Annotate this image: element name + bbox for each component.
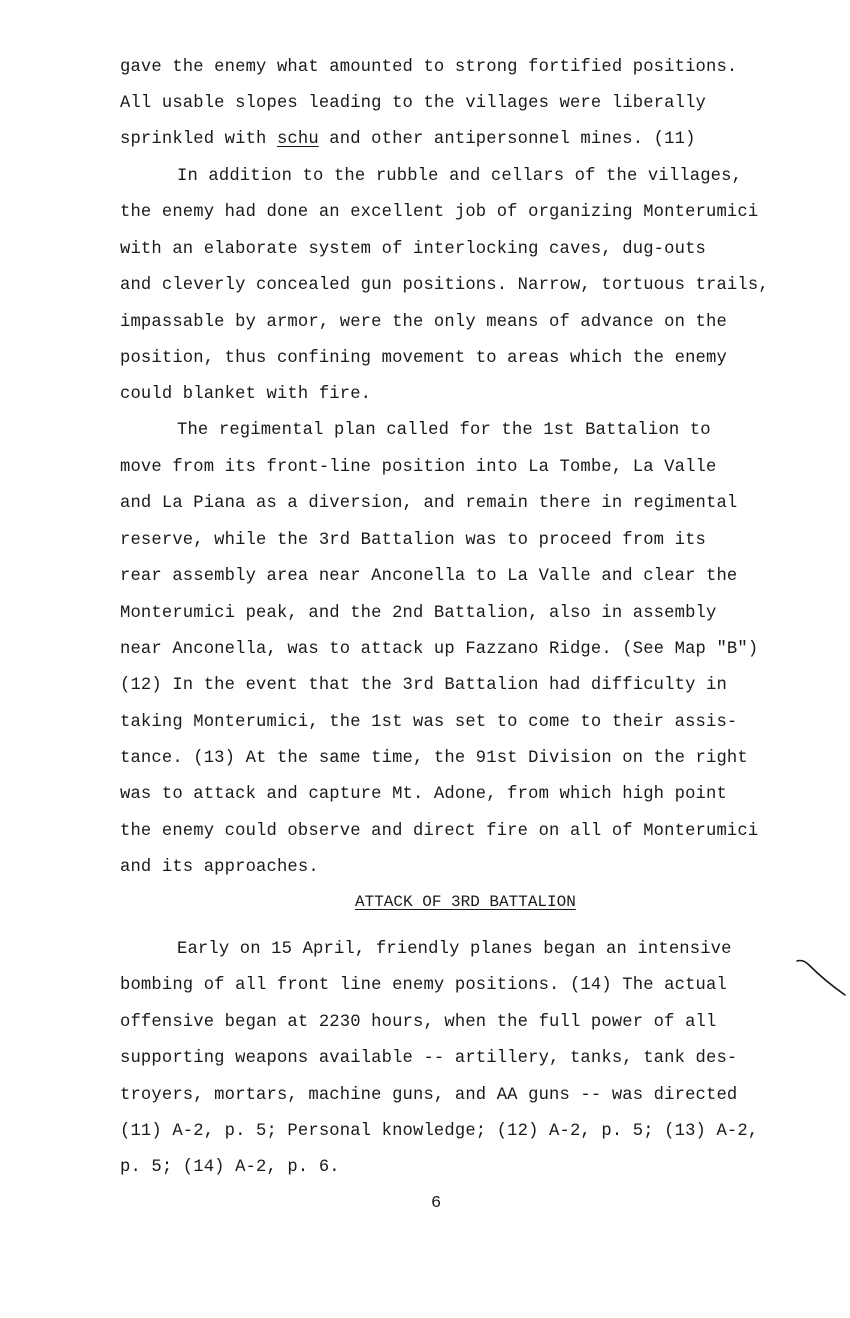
body-text-line: could blanket with fire. [120,385,371,405]
body-text-line: impassable by armor, were the only means… [120,313,727,333]
body-text-line: In addition to the rubble and cellars of… [177,167,742,187]
body-text-line: The regimental plan called for the 1st B… [177,421,711,441]
body-text-line: All usable slopes leading to the village… [120,94,706,114]
body-text-line: troyers, mortars, machine guns, and AA g… [120,1086,737,1106]
body-text-line: reserve, while the 3rd Battalion was to … [120,531,706,551]
underlined-term: schu [277,130,319,149]
body-text-line: the enemy had done an excellent job of o… [120,203,758,223]
body-text-line: move from its front-line position into L… [120,458,716,478]
section-heading: ATTACK OF 3RD BATTALION [355,892,576,912]
footnote-line: p. 5; (14) A-2, p. 6. [120,1158,340,1178]
text-run: sprinkled with [120,130,277,149]
text-run: and other antipersonnel mines. (11) [319,130,696,149]
body-text-line: the enemy could observe and direct fire … [120,822,758,842]
body-text-line: Monterumici peak, and the 2nd Battalion,… [120,604,716,624]
page-number: 6 [431,1194,441,1214]
footnote-line: (11) A-2, p. 5; Personal knowledge; (12)… [120,1122,758,1142]
body-text-line: taking Monterumici, the 1st was set to c… [120,713,737,733]
body-text-line: tance. (13) At the same time, the 91st D… [120,749,748,769]
body-text-line: offensive began at 2230 hours, when the … [120,1013,716,1033]
body-text-line: sprinkled with schu and other antiperson… [120,130,696,150]
body-text-line: with an elaborate system of interlocking… [120,240,706,260]
body-text-line: was to attack and capture Mt. Adone, fro… [120,785,727,805]
body-text-line: Early on 15 April, friendly planes began… [177,940,732,960]
body-text-line: and La Piana as a diversion, and remain … [120,494,737,514]
body-text-line: rear assembly area near Anconella to La … [120,567,737,587]
body-text-line: and cleverly concealed gun positions. Na… [120,276,769,296]
body-text-line: gave the enemy what amounted to strong f… [120,58,737,78]
body-text-line: position, thus confining movement to are… [120,349,727,369]
body-text-line: near Anconella, was to attack up Fazzano… [120,640,758,660]
body-text-line: (12) In the event that the 3rd Battalion… [120,676,727,696]
pen-mark-icon [795,957,847,999]
body-text-line: supporting weapons available -- artiller… [120,1049,737,1069]
body-text-line: and its approaches. [120,858,319,878]
body-text-line: bombing of all front line enemy position… [120,976,727,996]
